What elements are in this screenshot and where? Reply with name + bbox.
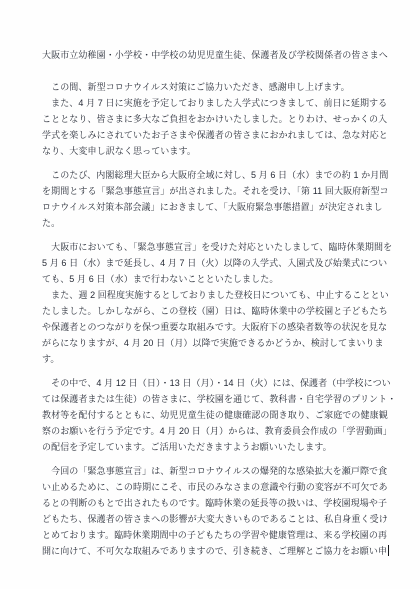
text-line: 5 月 6 日（水）まで延長し、4 月 7 日（火）以降の入学式、入園式及び始業… bbox=[42, 255, 386, 271]
text-line: その中で、4 月 12 日（日）・13 日（月）・14 日（火）には、保護者（中… bbox=[42, 375, 386, 391]
text-line: や保護者とのつながりを保つ重要な取組みです。大阪府下の感染者数等の状況を見な bbox=[42, 319, 386, 335]
paragraph: この間、新型コロナウイルス対策にご協力いただき、感謝申し上げます。 また、4 月… bbox=[42, 79, 386, 159]
text-line: を期間とする「緊急事態宣言」が出されました。それを受け、「第 11 回大阪府新型… bbox=[42, 183, 386, 199]
text-line: このたび、内閣総理大臣から大阪府全域に対し、5 月 6 日（水）までの約 1 か… bbox=[42, 167, 386, 183]
text-line: こととなり、皆さまに多大なご負担をおかけいたしました。とりわけ、せっかくの入 bbox=[42, 111, 386, 127]
text-line: たしました。しかしながら、この登校（園）日は、臨時休業中の学校園と子どもたち bbox=[42, 303, 386, 319]
paragraph: このたび、内閣総理大臣から大阪府全域に対し、5 月 6 日（水）までの約 1 か… bbox=[42, 167, 386, 231]
text-line: 察のお願いを行う予定です。4 月 20 日（月）からは、教育委員会作成の「学習動… bbox=[42, 423, 386, 439]
document-heading: 大阪市立幼稚園・小学校・中学校の幼児児童生徒、保護者及び学校関係者の皆さまへ bbox=[42, 47, 386, 63]
text-line: とめております。臨時休業期間中の子どもたちの学習や健康管理は、来る学校園の再 bbox=[42, 527, 386, 543]
text-line: い止めるために、この時期にこそ、市民のみなさまの意識や行動の変容が不可欠であ bbox=[42, 479, 386, 495]
document-body: この間、新型コロナウイルス対策にご協力いただき、感謝申し上げます。 また、4 月… bbox=[42, 79, 386, 559]
text-line: ては保護者または生徒）の皆さまに、学校園を通じて、教科書・自宅学習のプリント・ bbox=[42, 391, 386, 407]
text-line: す。 bbox=[42, 351, 386, 367]
paragraph: 大阪市においても、「緊急事態宣言」を受けた対応といたしまして、臨時休業期間を5 … bbox=[42, 239, 386, 367]
text-line: ても、5 月 6 日（水）まで行わないことといたしました。 bbox=[42, 271, 386, 287]
text-line: た。 bbox=[42, 215, 386, 231]
text-line: がらになりますが、4 月 20 日（月）以降で実施できるかどうか、検討してまいり… bbox=[42, 335, 386, 351]
paragraph: 今回の「緊急事態宣言」は、新型コロナウイルスの爆発的な感染拡大を瀬戸際で食い止め… bbox=[42, 463, 386, 559]
text-line: どもたち、保護者の皆さまへの影響が大変大きいものであることは、私自身重く受け bbox=[42, 511, 386, 527]
text-line: の配信を予定しています。ご活用いただきますようお願いいたします。 bbox=[42, 439, 386, 455]
document-page[interactable]: 大阪市立幼稚園・小学校・中学校の幼児児童生徒、保護者及び学校関係者の皆さまへ こ… bbox=[0, 0, 420, 589]
text-cursor bbox=[388, 545, 389, 556]
paragraph: その中で、4 月 12 日（日）・13 日（月）・14 日（火）には、保護者（中… bbox=[42, 375, 386, 455]
text-line: なり、大変申し訳なく思っています。 bbox=[42, 143, 386, 159]
text-line: 大阪市においても、「緊急事態宣言」を受けた対応といたしまして、臨時休業期間を bbox=[42, 239, 386, 255]
text-line: この間、新型コロナウイルス対策にご協力いただき、感謝申し上げます。 bbox=[42, 79, 386, 95]
text-line: るとの判断のもとで出されたものです。臨時休業の延長等の扱いは、学校園現場や子 bbox=[42, 495, 386, 511]
text-line: 今回の「緊急事態宣言」は、新型コロナウイルスの爆発的な感染拡大を瀬戸際で食 bbox=[42, 463, 386, 479]
text-line: 教材等を配付するとともに、幼児児童生徒の健康確認の聞き取り、ご家庭での健康観 bbox=[42, 407, 386, 423]
text-line: また、4 月 7 日に実施を予定しておりました入学式につきまして、前日に延期する bbox=[42, 95, 386, 111]
text-line: ロナウイルス対策本部会議」におきまして、「大阪府緊急事態措置」が決定されまし bbox=[42, 199, 386, 215]
text-line: 開に向けて、不可欠な取組みでありますので、引き続き、ご理解とご協力をお願い申 bbox=[42, 543, 386, 559]
text-line: 学式を楽しみにされていたお子さまや保護者の皆さまにおかれましては、急な対応と bbox=[42, 127, 386, 143]
text-line: また、週 2 回程度実施するとしておりました登校日についても、中止することとい bbox=[42, 287, 386, 303]
